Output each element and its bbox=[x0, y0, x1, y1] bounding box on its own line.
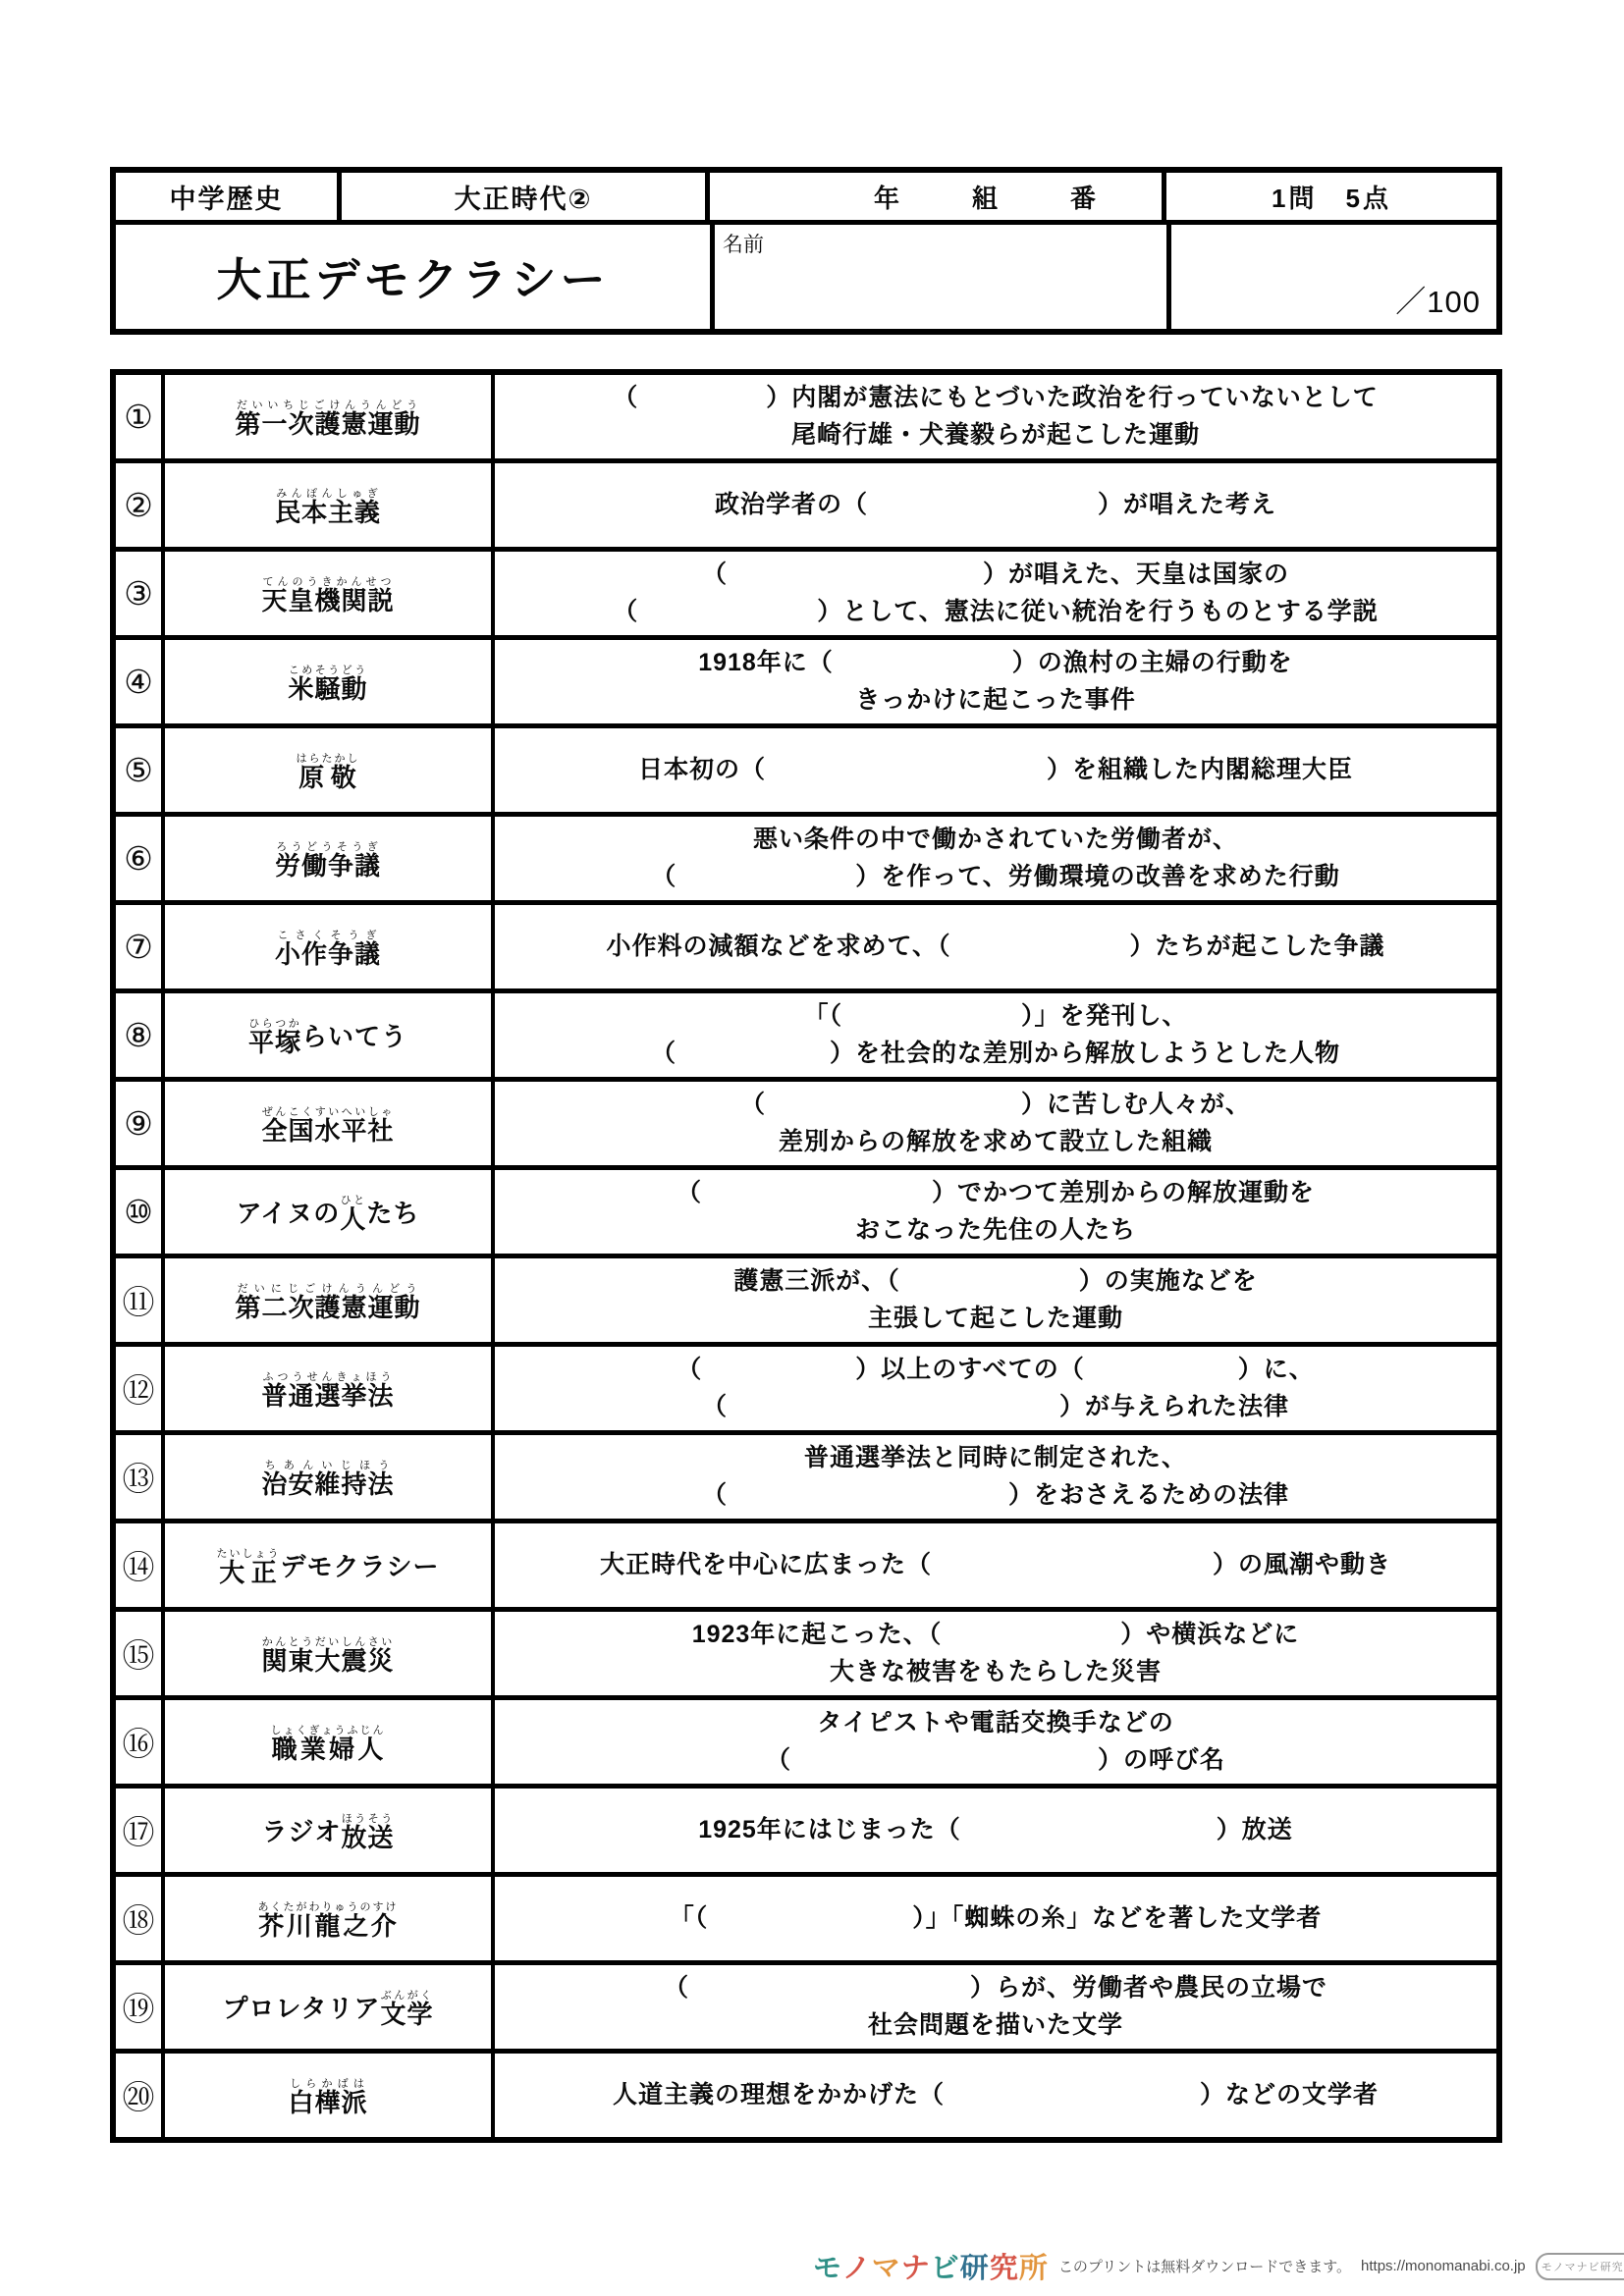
description: （ ）らが、労働者や農民の立場で社会問題を描いた文学 bbox=[495, 1965, 1496, 2049]
row-number: ⑩ bbox=[116, 1170, 165, 1254]
term: 米騒動こめそうどう bbox=[165, 640, 495, 723]
row-number: ② bbox=[116, 463, 165, 547]
table-row: ⑭ 大正たいしょうデモクラシー 大正時代を中心に広まった（ ）の風潮や動き bbox=[116, 1523, 1496, 1612]
term: 白樺派しらかばは bbox=[165, 2054, 495, 2137]
year-label: 年 bbox=[874, 179, 899, 215]
description: 人道主義の理想をかかげた（ ）などの文学者 bbox=[495, 2054, 1496, 2137]
description: 護憲三派が、（ ）の実施などを主張して起こした運動 bbox=[495, 1258, 1496, 1342]
row-number: ① bbox=[116, 375, 165, 458]
term: 小作争議こさくそうぎ bbox=[165, 905, 495, 988]
row-number: ⑧ bbox=[116, 993, 165, 1077]
site-logo: モノマナビ研究所 bbox=[813, 2246, 1049, 2286]
term: 天皇機関説てんのうきかんせつ bbox=[165, 552, 495, 635]
description: （ ）が唱えた、天皇は国家の（ ）として、憲法に従い統治を行うものとする学説 bbox=[495, 552, 1496, 635]
term: 芥川龍之介あくたがわりゅうのすけ bbox=[165, 1877, 495, 1960]
table-row: ④ 米騒動こめそうどう 1918年に（ ）の漁村の主婦の行動をきっかけに起こった… bbox=[116, 640, 1496, 728]
worksheet-page: 中学歴史 大正時代② 年 組 番 1問 5点 大正デモクラシー 名前 ／100 … bbox=[0, 0, 1624, 2296]
score-denominator: ／100 bbox=[1395, 277, 1481, 321]
description: （ ）でかつて差別からの解放運動をおこなった先住の人たち bbox=[495, 1170, 1496, 1254]
row-number: ⑯ bbox=[116, 1700, 165, 1784]
term: 第一次護憲運動だいいちじごけんうんどう bbox=[165, 375, 495, 458]
number-label: 番 bbox=[1070, 179, 1096, 215]
row-number: ⑰ bbox=[116, 1789, 165, 1872]
table-row: ⑪ 第二次護憲運動だいにじごけんうんどう 護憲三派が、（ ）の実施などを主張して… bbox=[116, 1258, 1496, 1347]
points-label: 1問 5点 bbox=[1166, 173, 1496, 220]
table-row: ⑱ 芥川龍之介あくたがわりゅうのすけ 「（ ）」「蜘蛛の糸」などを著した文学者 bbox=[116, 1877, 1496, 1965]
term: 第二次護憲運動だいにじごけんうんどう bbox=[165, 1258, 495, 1342]
table-row: ⑨ 全国水平社ぜんこくすいへいしゃ （ ）に苦しむ人々が、差別からの解放を求めて… bbox=[116, 1082, 1496, 1170]
description: 小作料の減額などを求めて、（ ）たちが起こした争議 bbox=[495, 905, 1496, 988]
row-number: ⑬ bbox=[116, 1435, 165, 1519]
description: 「（ ）」「蜘蛛の糸」などを著した文学者 bbox=[495, 1877, 1496, 1960]
row-number: ⑱ bbox=[116, 1877, 165, 1960]
table-row: ⑦ 小作争議こさくそうぎ 小作料の減額などを求めて、（ ）たちが起こした争議 bbox=[116, 905, 1496, 993]
worksheet-title: 大正デモクラシー bbox=[116, 225, 715, 329]
name-field: 名前 bbox=[715, 225, 1171, 329]
search-input[interactable]: モノマナビ研究所 bbox=[1536, 2253, 1624, 2280]
table-row: ⑧ 平塚ひらつからいてう 「（ ）」を発刊し、（ ）を社会的な差別から解放しよう… bbox=[116, 993, 1496, 1082]
table-row: ⑮ 関東大震災かんとうだいしんさい 1923年に起こった、（ ）や横浜などに大き… bbox=[116, 1612, 1496, 1700]
description: 悪い条件の中で働かされていた労働者が、（ ）を作って、労働環境の改善を求めた行動 bbox=[495, 817, 1496, 900]
description: （ ）に苦しむ人々が、差別からの解放を求めて設立した組織 bbox=[495, 1082, 1496, 1165]
table-row: ⑤ 原敬はらたかし 日本初の（ ）を組織した内閣総理大臣 bbox=[116, 728, 1496, 817]
term: 原敬はらたかし bbox=[165, 728, 495, 812]
table-row: ① 第一次護憲運動だいいちじごけんうんどう （ ）内閣が憲法にもとづいた政治を行… bbox=[116, 375, 1496, 463]
footer-note: このプリントは無料ダウンロードできます。 bbox=[1058, 2256, 1351, 2276]
row-number: ⑲ bbox=[116, 1965, 165, 2049]
class-label: 組 bbox=[972, 179, 998, 215]
table-row: ⑬ 治安維持法ちあんいじほう 普通選挙法と同時に制定された、（ ）をおさえるため… bbox=[116, 1435, 1496, 1523]
row-number: ⑮ bbox=[116, 1612, 165, 1695]
term: 労働争議ろうどうそうぎ bbox=[165, 817, 495, 900]
row-number: ⑭ bbox=[116, 1523, 165, 1607]
table-row: ⑰ ラジオ放送ほうそう 1925年にはじまった（ ）放送 bbox=[116, 1789, 1496, 1877]
row-number: ⑤ bbox=[116, 728, 165, 812]
description: 1923年に起こった、（ ）や横浜などに大きな被害をもたらした災害 bbox=[495, 1612, 1496, 1695]
term: 治安維持法ちあんいじほう bbox=[165, 1435, 495, 1519]
description: 「（ ）」を発刊し、（ ）を社会的な差別から解放しようとした人物 bbox=[495, 993, 1496, 1077]
row-number: ⑫ bbox=[116, 1347, 165, 1430]
term: 職業婦人しょくぎょうふじん bbox=[165, 1700, 495, 1784]
term: 平塚ひらつからいてう bbox=[165, 993, 495, 1077]
term: ラジオ放送ほうそう bbox=[165, 1789, 495, 1872]
row-number: ⑨ bbox=[116, 1082, 165, 1165]
row-number: ⑦ bbox=[116, 905, 165, 988]
table-row: ③ 天皇機関説てんのうきかんせつ （ ）が唱えた、天皇は国家の（ ）として、憲法… bbox=[116, 552, 1496, 640]
footer: モノマナビ研究所 このプリントは無料ダウンロードできます。 https://mo… bbox=[813, 2246, 1618, 2286]
subject-label: 中学歴史 bbox=[116, 173, 342, 220]
name-label: 名前 bbox=[723, 229, 764, 258]
description: 1918年に（ ）の漁村の主婦の行動をきっかけに起こった事件 bbox=[495, 640, 1496, 723]
description: （ ）以上のすべての（ ）に、（ ）が与えられた法律 bbox=[495, 1347, 1496, 1430]
header-table: 中学歴史 大正時代② 年 組 番 1問 5点 大正デモクラシー 名前 ／100 bbox=[110, 167, 1502, 335]
table-row: ⑲ プロレタリア文学ぶんがく （ ）らが、労働者や農民の立場で社会問題を描いた文… bbox=[116, 1965, 1496, 2054]
term: 関東大震災かんとうだいしんさい bbox=[165, 1612, 495, 1695]
row-number: ⑥ bbox=[116, 817, 165, 900]
unit-label: 大正時代② bbox=[342, 173, 710, 220]
table-row: ⑯ 職業婦人しょくぎょうふじん タイピストや電話交換手などの（ ）の呼び名 bbox=[116, 1700, 1496, 1789]
footer-url-link[interactable]: https://monomanabi.co.jp bbox=[1361, 2258, 1526, 2274]
term: 大正たいしょうデモクラシー bbox=[165, 1523, 495, 1607]
description: 政治学者の（ ）が唱えた考え bbox=[495, 463, 1496, 547]
table-row: ⑫ 普通選挙法ふつうせんきょほう （ ）以上のすべての（ ）に、（ ）が与えられ… bbox=[116, 1347, 1496, 1435]
description: 1925年にはじまった（ ）放送 bbox=[495, 1789, 1496, 1872]
term: 民本主義みんぽんしゅぎ bbox=[165, 463, 495, 547]
term: 普通選挙法ふつうせんきょほう bbox=[165, 1347, 495, 1430]
score-field: ／100 bbox=[1171, 225, 1496, 329]
description: 普通選挙法と同時に制定された、（ ）をおさえるための法律 bbox=[495, 1435, 1496, 1519]
table-row: ② 民本主義みんぽんしゅぎ 政治学者の（ ）が唱えた考え bbox=[116, 463, 1496, 552]
table-row: ⑳ 白樺派しらかばは 人道主義の理想をかかげた（ ）などの文学者 bbox=[116, 2054, 1496, 2137]
description: 日本初の（ ）を組織した内閣総理大臣 bbox=[495, 728, 1496, 812]
row-number: ⑪ bbox=[116, 1258, 165, 1342]
description: 大正時代を中心に広まった（ ）の風潮や動き bbox=[495, 1523, 1496, 1607]
description: タイピストや電話交換手などの（ ）の呼び名 bbox=[495, 1700, 1496, 1784]
term: アイヌの人ひとたち bbox=[165, 1170, 495, 1254]
class-fields: 年 組 番 bbox=[710, 173, 1166, 220]
description: （ ）内閣が憲法にもとづいた政治を行っていないとして尾崎行雄・犬養毅らが起こした… bbox=[495, 375, 1496, 458]
header-top-row: 中学歴史 大正時代② 年 組 番 1問 5点 bbox=[116, 173, 1496, 225]
search-widget: モノマナビ研究所 検索 ☝ bbox=[1536, 2253, 1624, 2280]
term: 全国水平社ぜんこくすいへいしゃ bbox=[165, 1082, 495, 1165]
table-row: ⑥ 労働争議ろうどうそうぎ 悪い条件の中で働かされていた労働者が、（ ）を作って… bbox=[116, 817, 1496, 905]
row-number: ③ bbox=[116, 552, 165, 635]
row-number: ④ bbox=[116, 640, 165, 723]
row-number: ⑳ bbox=[116, 2054, 165, 2137]
header-bottom-row: 大正デモクラシー 名前 ／100 bbox=[116, 225, 1496, 329]
table-row: ⑩ アイヌの人ひとたち （ ）でかつて差別からの解放運動をおこなった先住の人たち bbox=[116, 1170, 1496, 1258]
worksheet-table: ① 第一次護憲運動だいいちじごけんうんどう （ ）内閣が憲法にもとづいた政治を行… bbox=[110, 369, 1502, 2143]
term: プロレタリア文学ぶんがく bbox=[165, 1965, 495, 2049]
